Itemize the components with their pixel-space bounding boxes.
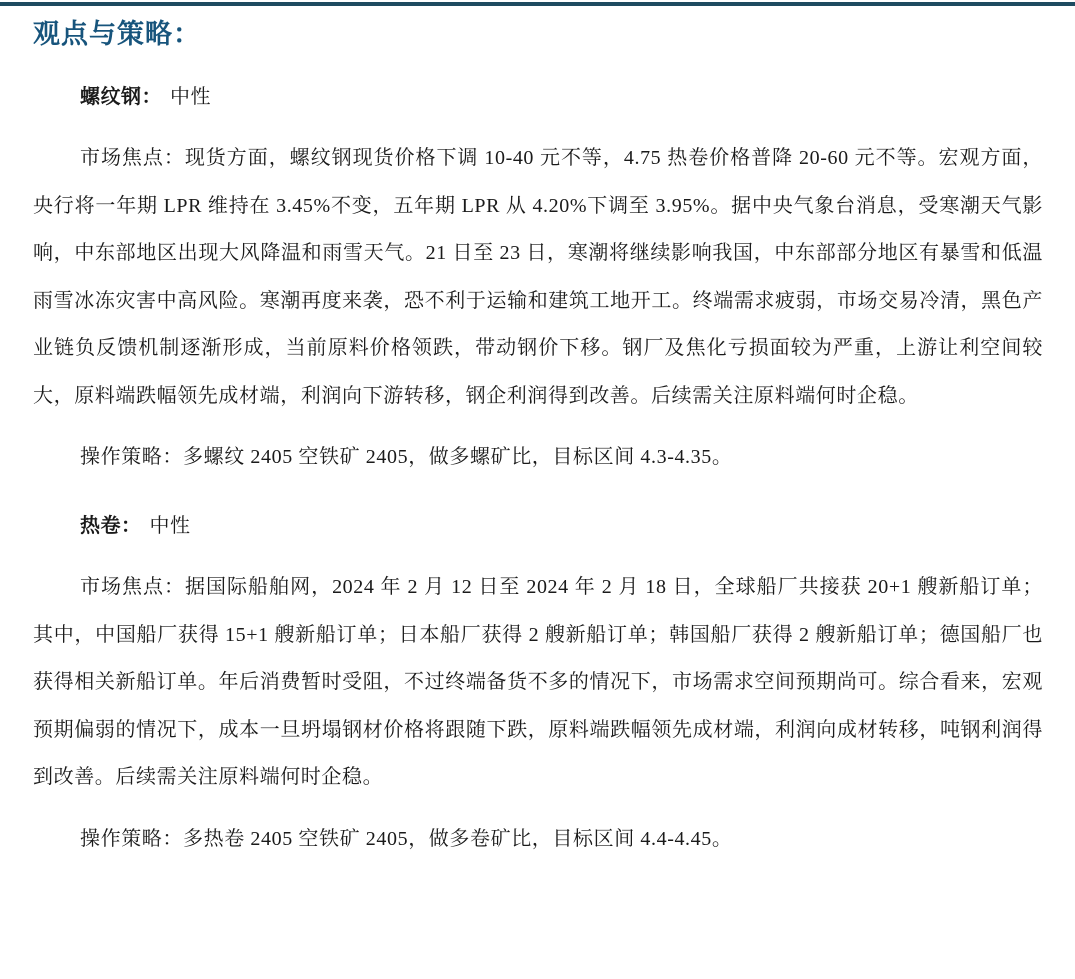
section-header-rebar: 螺纹钢：中性 xyxy=(33,74,1043,121)
section-rating-hrc: 中性 xyxy=(150,515,191,537)
market-focus-paragraph-hrc: 市场焦点：据国际船舶网，2024 年 2 月 12 日至 2024 年 2 月 … xyxy=(33,564,1043,802)
section-rating-rebar: 中性 xyxy=(170,86,211,108)
page-title: 观点与策略： xyxy=(33,16,1045,52)
top-divider-rule xyxy=(0,2,1075,6)
section-header-hrc: 热卷：中性 xyxy=(33,503,1043,550)
strategy-paragraph-hrc: 操作策略：多热卷 2405 空铁矿 2405，做多卷矿比，目标区间 4.4-4.… xyxy=(33,816,1043,863)
section-label-hrc: 热卷： xyxy=(80,515,142,537)
document-body: 螺纹钢：中性 市场焦点：现货方面，螺纹钢现货价格下调 10-40 元不等，4.7… xyxy=(0,74,1075,923)
section-label-rebar: 螺纹钢： xyxy=(80,86,162,108)
market-focus-paragraph-rebar: 市场焦点：现货方面，螺纹钢现货价格下调 10-40 元不等，4.75 热卷价格普… xyxy=(33,135,1043,420)
strategy-paragraph-rebar: 操作策略：多螺纹 2405 空铁矿 2405，做多螺矿比，目标区间 4.3-4.… xyxy=(33,434,1043,481)
